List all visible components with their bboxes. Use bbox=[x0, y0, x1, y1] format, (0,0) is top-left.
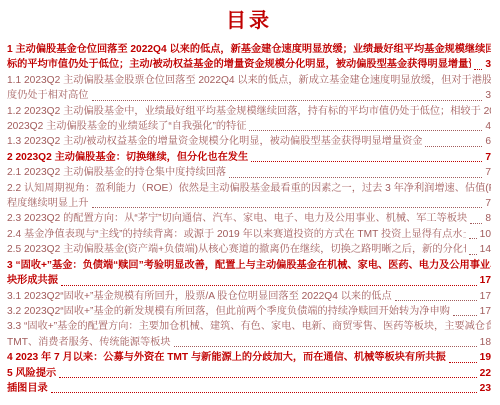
dot-leader bbox=[249, 130, 482, 131]
toc-page-number: 8 bbox=[485, 211, 491, 226]
toc-entry-level2: 1.2 2023Q2 主动偏股基金中，业绩最好组平均基金规模继续回落，持有标的平… bbox=[7, 104, 491, 119]
toc-entry-level1: 5 风险提示22 bbox=[7, 366, 491, 381]
toc-entry-level1: 标的平均市值仍处于低位；主动/被动权益基金的增量资金规模分化明显，被动偏股型基金… bbox=[7, 57, 491, 72]
toc-page-number: 7 bbox=[485, 165, 491, 180]
toc-entry-level1: 插图目录23 bbox=[7, 381, 491, 396]
toc-entry-text: 2023Q2 主动偏股基金的业绩延续了“自我强化”的特征 bbox=[7, 119, 246, 134]
dot-leader bbox=[59, 377, 476, 378]
toc-entry-text: 3.2 2023Q2“固收+”基金的新发规模有所回落，但此前两个季度负债端的持续… bbox=[7, 304, 450, 319]
toc-page-number: 18 bbox=[480, 335, 491, 350]
toc-page-number: 17 bbox=[480, 304, 491, 319]
toc-entry-text: 2.4 基金净值表现与“主线”的持续背离：或源于 2019 年以来赛道投资的方式… bbox=[7, 227, 466, 242]
toc-entry-level2: 3.2 2023Q2“固收+”基金的新发规模有所回落，但此前两个季度负债端的持续… bbox=[7, 304, 491, 319]
toc-entry-level2: 2.2 认知周期视角：盈利能力（ROE）依然是主动偏股基金最看重的因素之一，过去… bbox=[7, 181, 491, 196]
toc-entry-level2: TMT、消费者服务、传统能源等板块18 bbox=[7, 335, 491, 350]
toc-entry-level1: 3 “固收+”基金：负债端“赎回”考验明显改善，配置上与主动偏股基金在机械、家电… bbox=[7, 258, 491, 273]
toc-entry-text: 1.2 2023Q2 主动偏股基金中，业绩最好组平均基金规模继续回落，持有标的平… bbox=[7, 104, 491, 119]
toc-entry-level2: 1.3 2023Q2 主动/被动权益基金的增量资金规模分化明显，被动偏股型基金获… bbox=[7, 134, 491, 149]
dot-leader bbox=[92, 207, 483, 208]
toc-page-number: 10 bbox=[480, 227, 491, 242]
toc-entry-level2: 1.1 2023Q2 主动偏股基金股票仓位回落至 2022Q4 以来的低点，新成… bbox=[7, 73, 491, 88]
dot-leader bbox=[61, 285, 477, 286]
toc-entry-text: 2.5 2023Q2 主动偏股基金(资产端+负债端)从核心赛道的撤离仍在继续，切… bbox=[7, 242, 466, 257]
toc-entry-text: 3 “固收+”基金：负债端“赎回”考验明显改善，配置上与主动偏股基金在机械、家电… bbox=[7, 258, 491, 273]
toc-entry-text: 2 2023Q2 主动偏股基金：切换继续，但分化也在发生 bbox=[7, 150, 248, 165]
toc-entry-level2: 2023Q2 主动偏股基金的业绩延续了“自我强化”的特征4 bbox=[7, 119, 491, 134]
toc-entry-text: 3.1 2023Q2“固收+”基金规模有所回升，股票/A 股仓位明显回落至 20… bbox=[7, 289, 392, 304]
dot-leader bbox=[92, 100, 483, 101]
toc-entry-text: 标的平均市值仍处于低位；主动/被动权益基金的增量资金规模分化明显，被动偏股型基金… bbox=[7, 57, 471, 72]
dot-leader bbox=[470, 223, 482, 224]
toc-entry-text: 1.1 2023Q2 主动偏股基金股票仓位回落至 2022Q4 以来的低点，新成… bbox=[7, 73, 491, 88]
toc-page-number: 6 bbox=[485, 134, 491, 149]
dot-leader bbox=[449, 362, 477, 363]
toc-page-number: 3 bbox=[485, 57, 491, 72]
toc-entry-level2: 2.5 2023Q2 主动偏股基金(资产端+负债端)从核心赛道的撤离仍在继续，切… bbox=[7, 242, 491, 257]
toc-entry-text: 2.3 2023Q2 的配置方向：从“茅宁”切向通信、汽车、家电、电子、电力及公… bbox=[7, 211, 467, 226]
toc-entry-text: 1 主动偏股基金仓位回落至 2022Q4 以来的低点，新基金建仓速度明显放缓；业… bbox=[7, 42, 491, 57]
toc-page-number: 7 bbox=[485, 150, 491, 165]
dot-leader bbox=[469, 254, 477, 255]
toc-entry-text: 1.3 2023Q2 主动/被动权益基金的增量资金规模分化明显，被动偏股型基金获… bbox=[7, 134, 422, 149]
toc-entry-text: 5 风险提示 bbox=[7, 366, 56, 381]
toc-entry-text: 2.2 认知周期视角：盈利能力（ROE）依然是主动偏股基金最看重的因素之一，过去… bbox=[7, 181, 491, 196]
document-page: 目录 1 主动偏股基金仓位回落至 2022Q4 以来的低点，新基金建仓速度明显放… bbox=[0, 0, 500, 405]
dot-leader bbox=[251, 161, 482, 162]
toc-entry-level1: 2 2023Q2 主动偏股基金：切换继续，但分化也在发生7 bbox=[7, 150, 491, 165]
toc-page-title: 目录 bbox=[7, 9, 491, 33]
toc-entry-level1: 块形成共振17 bbox=[7, 273, 491, 288]
toc-entry-text: 程度继续明显上升 bbox=[7, 196, 89, 211]
toc-entry-text: 块形成共振 bbox=[7, 273, 58, 288]
toc-entry-text: 2.1 2023Q2 主动偏股基金的持仓集中度持续回落 bbox=[7, 165, 226, 180]
toc-entry-level2: 2.4 基金净值表现与“主线”的持续背离：或源于 2019 年以来赛道投资的方式… bbox=[7, 227, 491, 242]
toc-page-number: 3 bbox=[485, 88, 491, 103]
toc-list: 1 主动偏股基金仓位回落至 2022Q4 以来的低点，新基金建仓速度明显放缓；业… bbox=[7, 42, 491, 396]
dot-leader bbox=[469, 238, 477, 239]
toc-page-number: 7 bbox=[485, 196, 491, 211]
toc-entry-text: TMT、消费者服务、传统能源等板块 bbox=[7, 335, 171, 350]
toc-entry-text: 3.3 “固收+”基金的配置方向：主要加仓机械、建筑、有色、家电、电新、商贸零售… bbox=[7, 319, 491, 334]
dot-leader bbox=[474, 69, 482, 70]
toc-page-number: 4 bbox=[485, 119, 491, 134]
toc-entry-text: 插图目录 bbox=[7, 381, 48, 396]
toc-entry-level1: 1 主动偏股基金仓位回落至 2022Q4 以来的低点，新基金建仓速度明显放缓；业… bbox=[7, 42, 491, 57]
toc-entry-level2: 度仍处于相对高位3 bbox=[7, 88, 491, 103]
toc-entry-level2: 3.1 2023Q2“固收+”基金规模有所回升，股票/A 股仓位明显回落至 20… bbox=[7, 289, 491, 304]
toc-entry-text: 4 2023 年 7 月以来：公募与外资在 TMT 与新能源上的分歧加大，而在通… bbox=[7, 350, 446, 365]
toc-page-number: 19 bbox=[480, 350, 491, 365]
toc-entry-level2: 程度继续明显上升7 bbox=[7, 196, 491, 211]
dot-leader bbox=[51, 392, 477, 393]
toc-page-number: 17 bbox=[480, 273, 491, 288]
dot-leader bbox=[229, 177, 482, 178]
dot-leader bbox=[174, 346, 477, 347]
toc-entry-level1: 4 2023 年 7 月以来：公募与外资在 TMT 与新能源上的分歧加大，而在通… bbox=[7, 350, 491, 365]
dot-leader bbox=[453, 315, 477, 316]
dot-leader bbox=[425, 146, 482, 147]
toc-entry-level2: 2.1 2023Q2 主动偏股基金的持仓集中度持续回落7 bbox=[7, 165, 491, 180]
toc-page-number: 22 bbox=[480, 366, 491, 381]
toc-page-number: 17 bbox=[480, 289, 491, 304]
toc-page-number: 23 bbox=[480, 381, 491, 396]
toc-entry-level2: 3.3 “固收+”基金的配置方向：主要加仓机械、建筑、有色、家电、电新、商贸零售… bbox=[7, 319, 491, 334]
toc-entry-level2: 2.3 2023Q2 的配置方向：从“茅宁”切向通信、汽车、家电、电子、电力及公… bbox=[7, 211, 491, 226]
toc-entry-text: 度仍处于相对高位 bbox=[7, 88, 89, 103]
toc-page-number: 14 bbox=[480, 242, 491, 257]
dot-leader bbox=[395, 300, 477, 301]
